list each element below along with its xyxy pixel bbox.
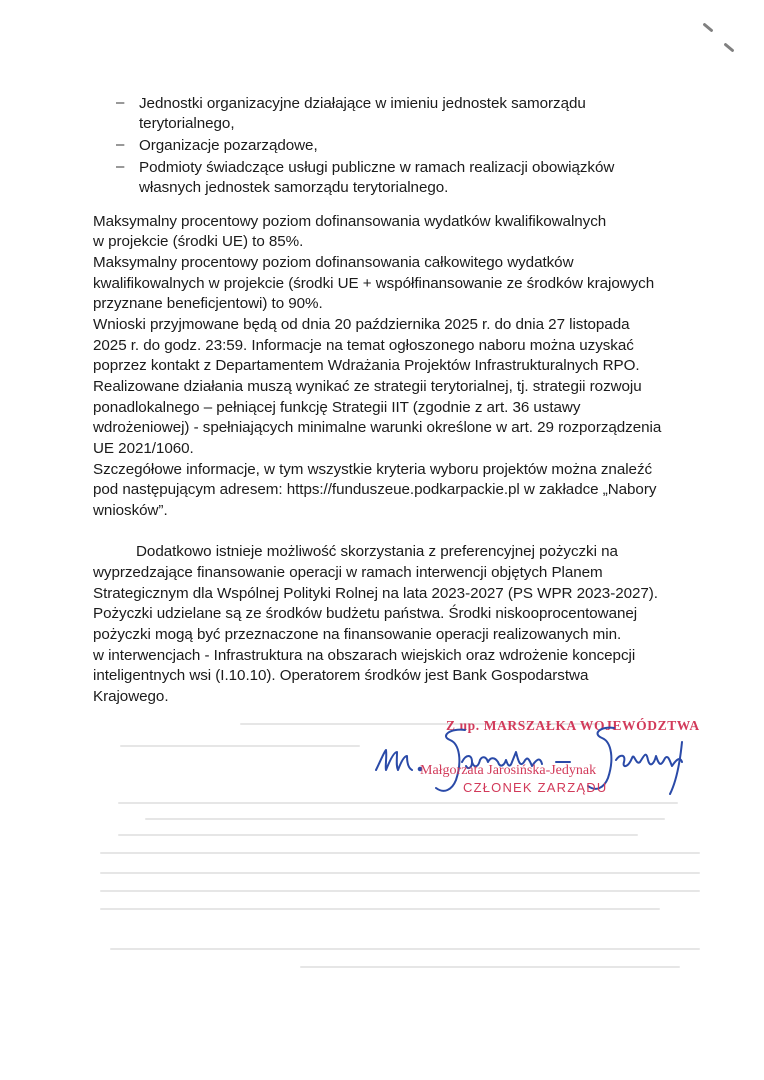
stamp-role: CZŁONEK ZARZĄDU [463,780,607,795]
text-line: UE 2021/1060. [93,439,194,459]
text-line: Pożyczki udzielane są ze środków budżetu… [93,604,637,624]
text-line: Dodatkowo istnieje możliwość skorzystani… [136,542,618,562]
text-line: 2025 r. do godz. 23:59. Informacje na te… [93,336,634,356]
text-line: Wnioski przyjmowane będą od dnia 20 paźd… [93,315,630,335]
text-line: wniosków”. [93,501,168,521]
scan-mark [723,42,734,52]
text-line: pożyczki mogą być przeznaczone na finans… [93,625,621,645]
text-line: w interwencjach - Infrastruktura na obsz… [93,646,635,666]
text-line: Krajowego. [93,687,168,707]
text-line: Maksymalny procentowy poziom dofinansowa… [93,253,574,273]
bullet-dash: – [116,94,124,111]
text-line: Strategicznym dla Wspólnej Polityki Roln… [93,584,658,604]
text-line: pod następującym adresem: https://fundus… [93,480,656,500]
document-page: – Jednostki organizacyjne działające w i… [0,0,764,1080]
text-line: wdrożeniowej) - spełniających minimalne … [93,418,661,438]
list-item: własnych jednostek samorządu terytorialn… [139,178,448,198]
text-line: Maksymalny procentowy poziom dofinansowa… [93,212,606,232]
list-item: Jednostki organizacyjne działające w imi… [139,94,586,114]
scan-mark [702,22,713,32]
text-line: ponadlokalnego – pełniącej funkcję Strat… [93,398,580,418]
text-line: kwalifikowalnych w projekcie (środki UE … [93,274,654,294]
bullet-dash: – [116,136,124,153]
text-line: przyznane beneficjentowi) to 90%. [93,294,323,314]
text-line: inteligentnych wsi (I.10.10). Operatorem… [93,666,588,686]
list-item: terytorialnego, [139,114,235,134]
text-line: Szczegółowe informacje, w tym wszystkie … [93,460,652,480]
list-item: Organizacje pozarządowe, [139,136,318,156]
text-line: wyprzedzające finansowanie operacji w ra… [93,563,603,583]
text-line: w projekcie (środki UE) to 85%. [93,232,303,252]
text-line: poprzez kontakt z Departamentem Wdrażani… [93,356,640,376]
text-line: Realizowane działania muszą wynikać ze s… [93,377,642,397]
bullet-dash: – [116,158,124,175]
list-item: Podmioty świadczące usługi publiczne w r… [139,158,614,178]
stamp-name: Małgorzata Jarosińska-Jedynak [420,763,596,779]
